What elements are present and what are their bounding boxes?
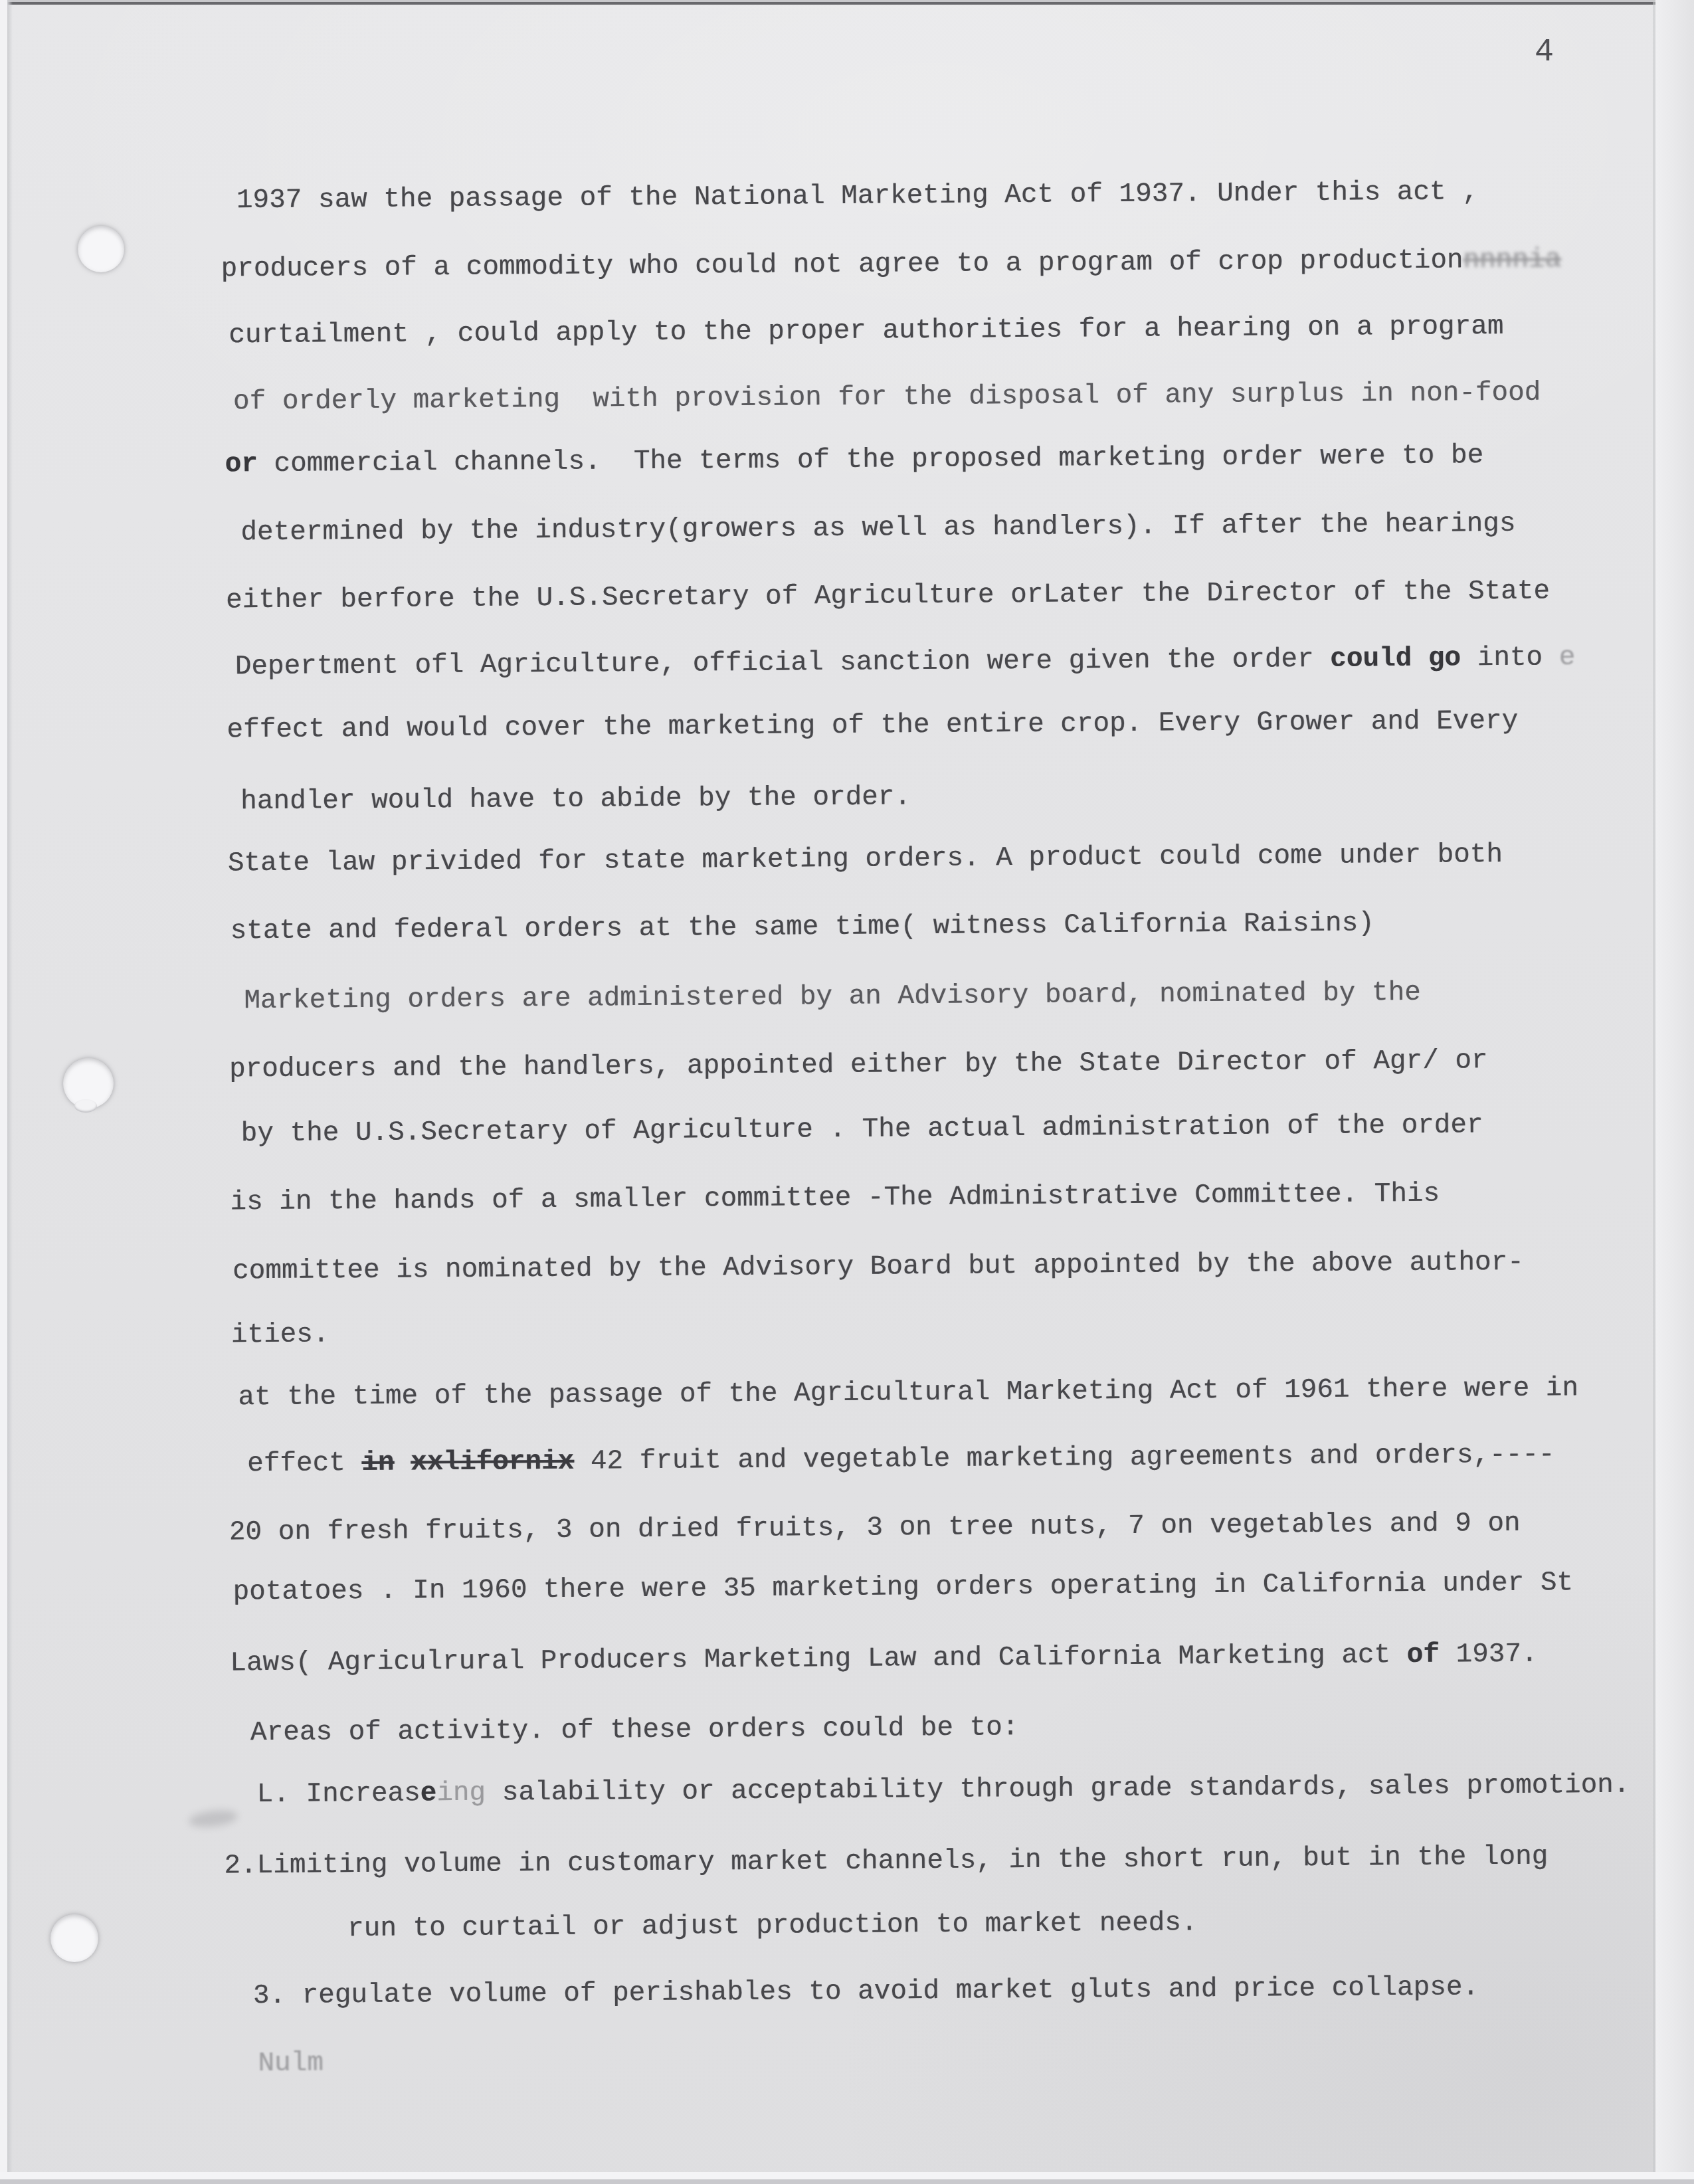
typed-line: Marketing orders are administered by an … bbox=[244, 980, 1421, 1015]
typed-text: run to curtail or adjust production to m… bbox=[347, 1908, 1198, 1944]
typed-line: L. Increaseing salability or acceptabili… bbox=[257, 1772, 1630, 1809]
typed-text: potatoes . In 1960 there were 35 marketi… bbox=[233, 1568, 1573, 1607]
typed-text: Laws( Agriculrural Producers Marketing L… bbox=[230, 1640, 1407, 1679]
typed-text: either berfore the U.S.Secretary of Agri… bbox=[226, 576, 1550, 616]
typed-line: 2.Limiting volume in customary market ch… bbox=[224, 1844, 1548, 1880]
typed-line: producers and the handlers, appointed ei… bbox=[229, 1047, 1488, 1083]
typed-line: is in the hands of a smaller committee -… bbox=[230, 1181, 1440, 1217]
typed-text: salability or acceptability through grad… bbox=[486, 1770, 1630, 1809]
typed-text: effect and would cover the marketing of … bbox=[227, 706, 1518, 746]
typed-text: producers and the handlers, appointed ei… bbox=[229, 1046, 1488, 1085]
typed-line: Areas of activity. of these orders could… bbox=[250, 1714, 1019, 1747]
typed-line: 20 on fresh fruits, 3 on dried fruits, 3… bbox=[229, 1510, 1521, 1547]
typed-line: Depertment ofl Agriculture, official san… bbox=[235, 644, 1576, 681]
typed-text: 2.Limiting volume in customary market ch… bbox=[224, 1842, 1548, 1882]
typed-text: L. Increas bbox=[257, 1778, 421, 1810]
typescript-text: 1937 saw the passage of the National Mar… bbox=[0, 0, 1694, 2184]
typed-text: 42 fruit and vegetable marketing agreeme… bbox=[574, 1439, 1555, 1477]
typed-text: effect bbox=[247, 1448, 362, 1479]
typed-text: Areas of activity. of these orders could… bbox=[250, 1712, 1019, 1748]
typed-line: Laws( Agriculrural Producers Marketing L… bbox=[230, 1641, 1538, 1678]
typed-line: of orderly marketing with provision for … bbox=[233, 380, 1541, 416]
typed-line: determined by the industry(growers as we… bbox=[240, 511, 1515, 547]
typed-text: 1937. bbox=[1440, 1639, 1538, 1671]
typed-text: committee is nominated by the Advisory B… bbox=[233, 1247, 1524, 1287]
typed-line: by the U.S.Secretary of Agriculture . Th… bbox=[241, 1112, 1483, 1148]
typed-text-f: ing bbox=[436, 1778, 486, 1809]
scanned-document-page: 4 1937 saw the passage of the National M… bbox=[0, 0, 1694, 2184]
typed-text: handler would have to abide by the order… bbox=[240, 782, 911, 817]
typed-line: handler would have to abide by the order… bbox=[240, 784, 911, 816]
typed-text: commercial channels. The terms of the pr… bbox=[258, 440, 1484, 480]
typed-text-b: e bbox=[421, 1778, 437, 1809]
typed-line: or commercial channels. The terms of the… bbox=[225, 442, 1484, 478]
typed-text-sm: nnnnia bbox=[1463, 244, 1561, 276]
typed-text-x: xxlifornix bbox=[411, 1447, 574, 1479]
typed-text-b: or bbox=[225, 449, 258, 480]
typed-line: state and federal orders at the same tim… bbox=[230, 910, 1374, 945]
typed-text: at the time of the passage of the Agricu… bbox=[238, 1373, 1578, 1413]
typed-text: is in the hands of a smaller committee -… bbox=[230, 1179, 1440, 1218]
typed-text-x: in bbox=[361, 1448, 395, 1479]
typed-text: of orderly marketing with provision for … bbox=[233, 378, 1541, 418]
typed-line: committee is nominated by the Advisory B… bbox=[233, 1249, 1524, 1286]
typed-text: curtailment , could apply to the proper … bbox=[229, 312, 1503, 351]
typed-line: effect and would cover the marketing of … bbox=[227, 708, 1518, 745]
typed-line: Nulm bbox=[258, 2050, 324, 2078]
typed-line: either berfore the U.S.Secretary of Agri… bbox=[226, 578, 1550, 614]
typed-text: 20 on fresh fruits, 3 on dried fruits, 3… bbox=[229, 1508, 1521, 1548]
typed-line: run to curtail or adjust production to m… bbox=[347, 1910, 1198, 1943]
typed-text bbox=[395, 1447, 411, 1478]
typed-text: Marketing orders are administered by an … bbox=[244, 978, 1421, 1016]
typed-line: ities. bbox=[231, 1321, 329, 1349]
typed-line: at the time of the passage of the Agricu… bbox=[238, 1375, 1578, 1411]
typed-text: ities. bbox=[231, 1319, 329, 1350]
typed-line: producers of a commodity who could not a… bbox=[221, 246, 1562, 283]
typed-text: by the U.S.Secretary of Agriculture . Th… bbox=[241, 1110, 1483, 1149]
typed-text-gh: e bbox=[1543, 642, 1576, 673]
typed-text: determined by the industry(growers as we… bbox=[240, 509, 1515, 548]
typed-text-b: could go bbox=[1330, 643, 1461, 674]
typed-text: state and federal orders at the same tim… bbox=[230, 908, 1374, 947]
typed-text: producers of a commodity who could not a… bbox=[221, 245, 1463, 284]
typed-text: Depertment ofl Agriculture, official san… bbox=[235, 644, 1331, 683]
typed-line: potatoes . In 1960 there were 35 marketi… bbox=[233, 1570, 1573, 1606]
typed-line: 3. regulate volume of perishables to avo… bbox=[253, 1974, 1479, 2010]
typed-text: State law privided for state marketing o… bbox=[228, 840, 1503, 879]
typed-text-b: of bbox=[1407, 1640, 1440, 1671]
typed-line: curtailment , could apply to the proper … bbox=[229, 314, 1503, 349]
typed-text: into bbox=[1461, 643, 1543, 674]
typed-text: 1937 saw the passage of the National Mar… bbox=[236, 177, 1479, 216]
typed-text: 3. regulate volume of perishables to avo… bbox=[253, 1972, 1479, 2011]
typed-line: State law privided for state marketing o… bbox=[228, 842, 1503, 877]
typed-line: effect in xxlifornix 42 fruit and vegeta… bbox=[247, 1441, 1555, 1478]
typed-line: 1937 saw the passage of the National Mar… bbox=[236, 179, 1479, 215]
typed-text-gh: Nulm bbox=[258, 2048, 324, 2079]
